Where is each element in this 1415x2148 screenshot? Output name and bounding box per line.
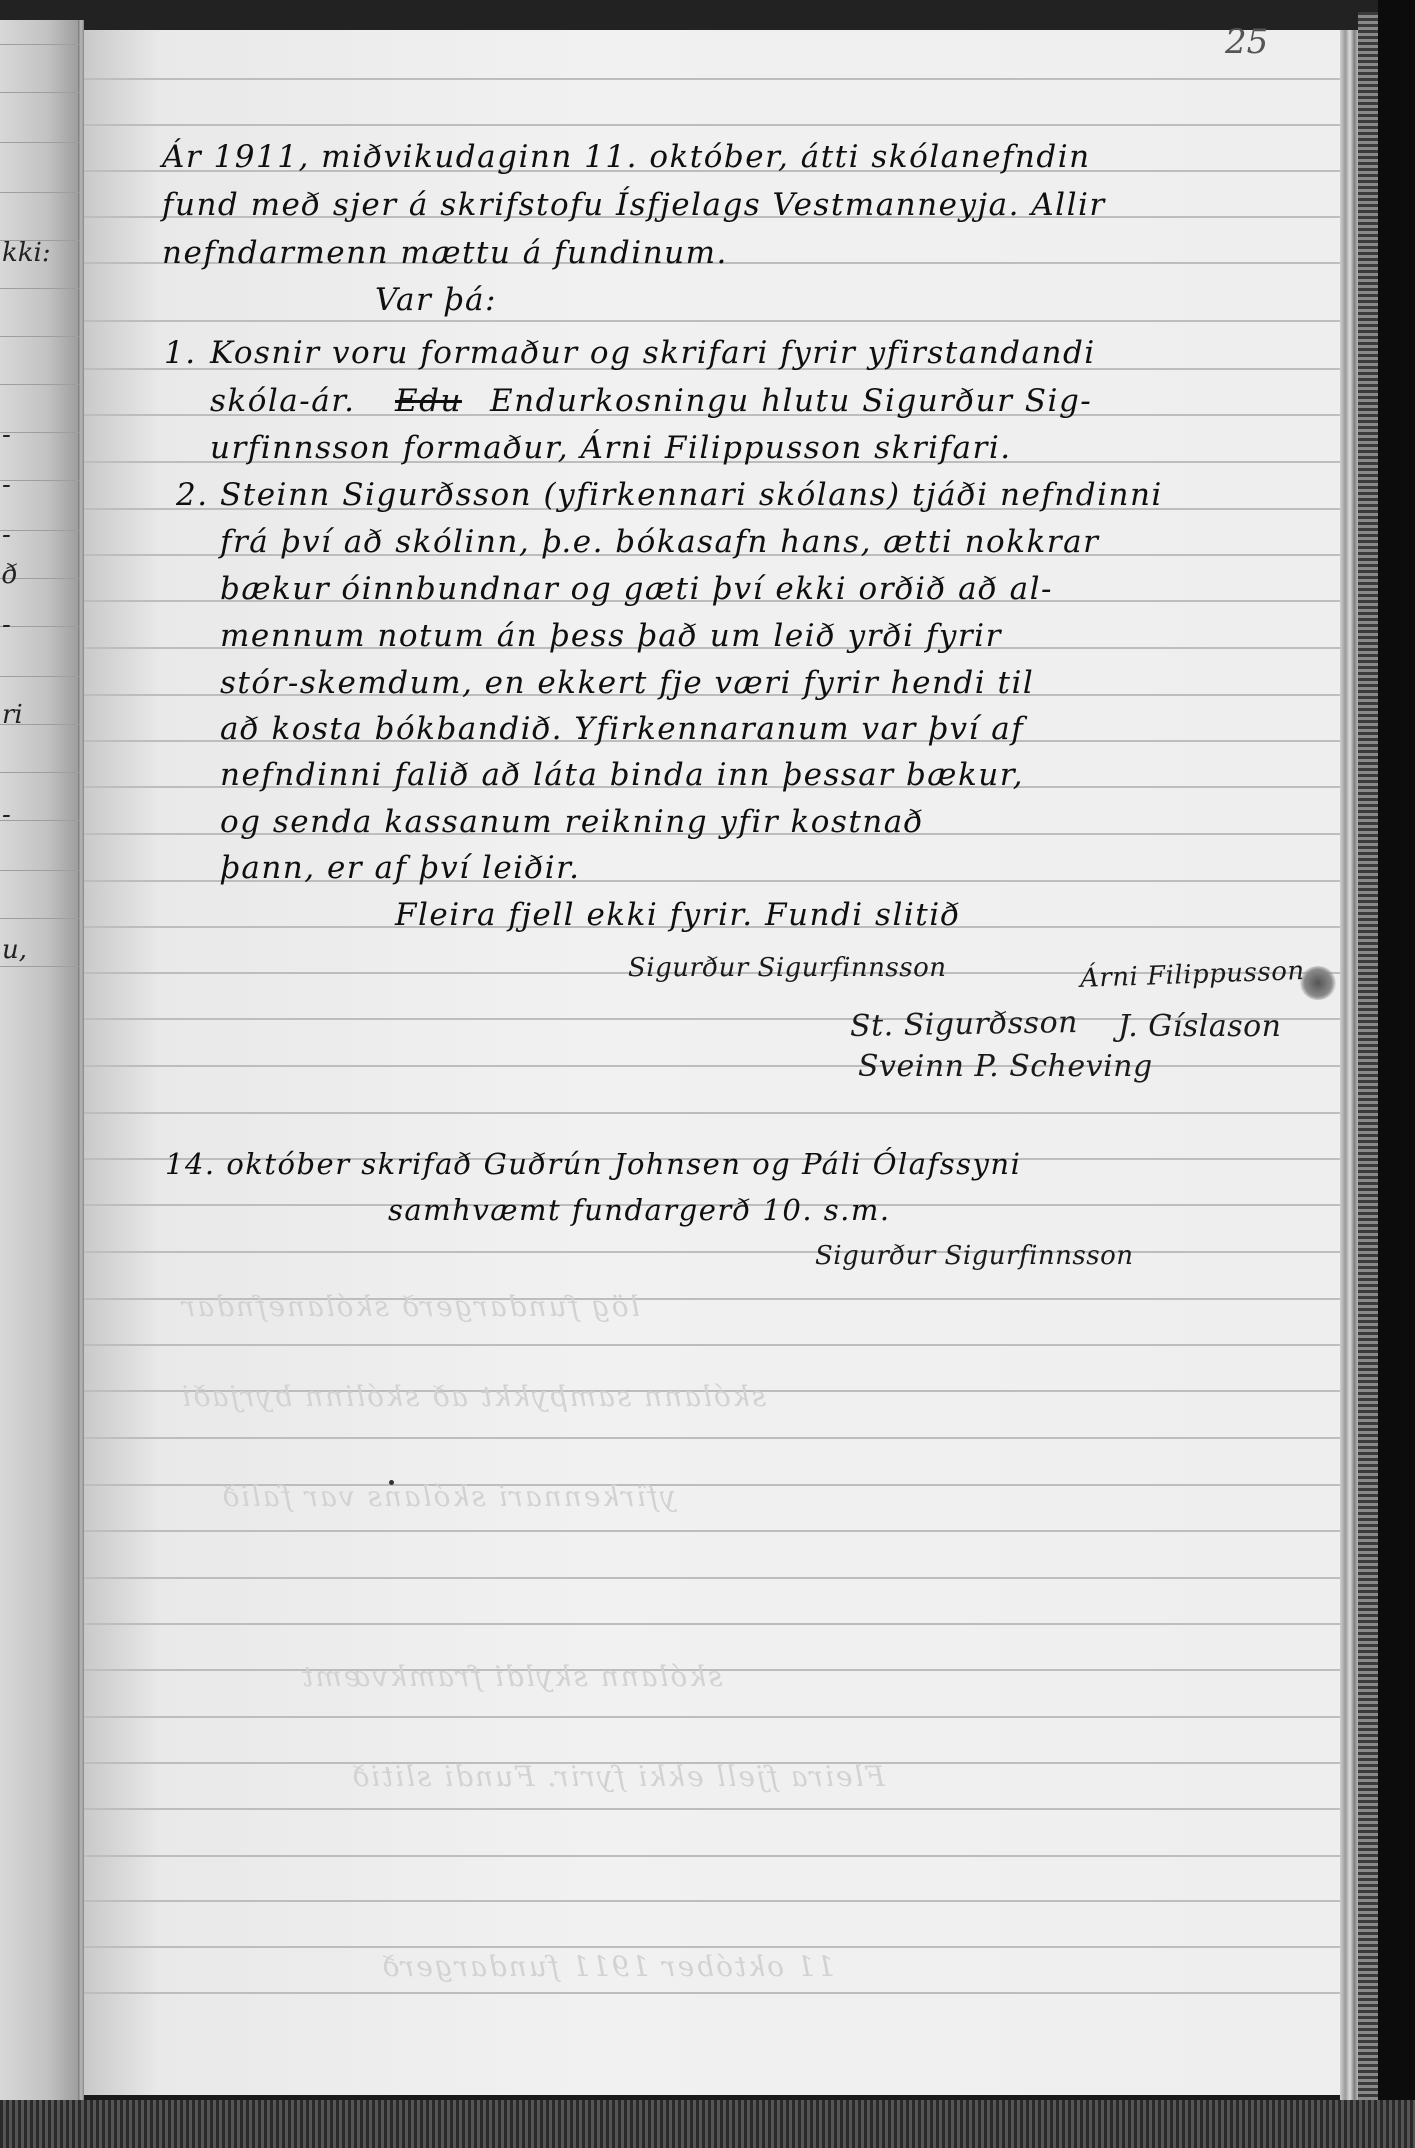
left-ruled-line (0, 676, 80, 677)
left-page-fragment: - (2, 520, 11, 550)
item-line: Steinn Sigurðsson (yfirkennari skólans) … (220, 480, 1163, 511)
item-line: Kosnir voru formaður og skrifari fyrir y… (210, 338, 1096, 369)
item-line: frá því að skólinn, þ.e. bókasafn hans, … (220, 527, 1099, 558)
left-ruled-line (0, 142, 80, 143)
ruled-line (84, 78, 1340, 80)
book-cover-top (0, 0, 1415, 30)
item-line: Endurkosningu hlutu Sigurður Sig- (490, 386, 1092, 417)
facing-left-page (0, 20, 80, 2100)
ruled-line (84, 1808, 1340, 1810)
entry-line: fund með sjer á skrifstofu Ísfjelags Ves… (162, 190, 1106, 221)
entry-line: samhvæmt fundargerð 10. s.m. (388, 1196, 891, 1225)
bleed-through-text: skólann samþykkt að skólinn byrjaði (180, 1380, 766, 1413)
ruled-line (84, 1437, 1340, 1439)
section-heading: Var þá: (375, 285, 497, 316)
signature: Árni Filippusson (1080, 958, 1305, 992)
entry-line: nefndarmenn mættu á fundinum. (162, 238, 728, 269)
ruled-line (84, 124, 1340, 126)
book-cover-right (1378, 0, 1415, 2148)
left-ruled-line (0, 626, 80, 627)
left-page-fragment: u, (2, 935, 27, 965)
item-line: nefndinni falið að láta binda inn þessar… (220, 760, 1024, 791)
bleed-through-text: yfirkennari skólans var falið (220, 1480, 676, 1513)
item-line: skóla-ár. (210, 386, 355, 417)
ink-dot (389, 1480, 394, 1485)
left-page-fragment: - (2, 800, 11, 830)
bleed-through-text: 11 október 1911 fundargerð (380, 1950, 835, 1983)
ruled-line (84, 1251, 1340, 1253)
left-ruled-line (0, 44, 80, 45)
signature: Sveinn P. Scheving (858, 1052, 1153, 1082)
entry-line: 14. október skrifað Guðrún Johnsen og Pá… (165, 1150, 1021, 1179)
item-line: urfinnsson formaður, Árni Filippusson sk… (210, 433, 1012, 464)
left-ruled-line (0, 336, 80, 337)
left-page-fragment: ð (2, 560, 18, 590)
ruled-line (84, 1112, 1340, 1114)
left-ruled-line (0, 92, 80, 93)
signature: Sigurður Sigurfinnsson (628, 955, 947, 981)
ruled-line (84, 320, 1340, 322)
item-number: 1. (164, 338, 197, 369)
ruled-line (84, 1855, 1340, 1857)
item-line: að kosta bókbandið. Yfirkennaranum var þ… (220, 714, 1024, 745)
left-ruled-line (0, 870, 80, 871)
item-line: þann, er af því leiðir. (220, 853, 580, 884)
signature: St. Sigurðsson (850, 1008, 1078, 1042)
ruled-line (84, 1623, 1340, 1625)
item-line: bækur óinnbundnar og gæti því ekki orðið… (220, 574, 1053, 605)
left-ruled-line (0, 530, 80, 531)
ruled-line (84, 1716, 1340, 1718)
signature: Sigurður Sigurfinnsson (815, 1243, 1134, 1269)
signature: J. Gíslason (1118, 1012, 1281, 1042)
page-edges (1340, 30, 1358, 2100)
ruled-line (84, 1946, 1340, 1948)
ink-smudge (1300, 966, 1336, 1000)
left-ruled-line (0, 192, 80, 193)
left-page-fragment: ri (2, 700, 23, 730)
item-line: og senda kassanum reikning yfir kostnað (220, 807, 924, 838)
left-page-fragment: - (2, 420, 11, 450)
left-ruled-line (0, 384, 80, 385)
entry-line: Ár 1911, miðvikudaginn 11. október, átti… (162, 142, 1091, 173)
cover-binding-weave (1358, 12, 1378, 2102)
left-ruled-line (0, 772, 80, 773)
left-ruled-line (0, 288, 80, 289)
left-ruled-line (0, 966, 80, 967)
ruled-line (84, 1577, 1340, 1579)
bleed-through-text: lög fundargerð skólanefndar (180, 1290, 640, 1323)
ruled-line (84, 1992, 1340, 1994)
ruled-line (84, 1530, 1340, 1532)
closing-line: Fleira fjell ekki fyrir. Fundi slitið (395, 900, 961, 931)
ruled-line (84, 1900, 1340, 1902)
left-ruled-line (0, 820, 80, 821)
item-line: mennum notum án þess það um leið yrði fy… (220, 621, 1002, 652)
bleed-through-text: skólann skyldi framkvæmt (300, 1660, 723, 1693)
left-ruled-line (0, 432, 80, 433)
struck-word: Edu (395, 386, 462, 417)
left-ruled-line (0, 918, 80, 919)
page-number: 25 (1225, 22, 1268, 62)
left-page-fragment: - (2, 610, 11, 640)
item-line: stór-skemdum, en ekkert fje væri fyrir h… (220, 668, 1034, 699)
item-number: 2. (176, 480, 209, 511)
ruled-line (84, 1344, 1340, 1346)
left-page-fragment: kki: (2, 238, 51, 268)
left-page-fragment: - (2, 470, 11, 500)
left-ruled-line (0, 480, 80, 481)
book-cover-bottom (0, 2100, 1415, 2148)
bleed-through-text: Fleira fjell ekki fyrir. Fundi slitið (350, 1760, 885, 1793)
